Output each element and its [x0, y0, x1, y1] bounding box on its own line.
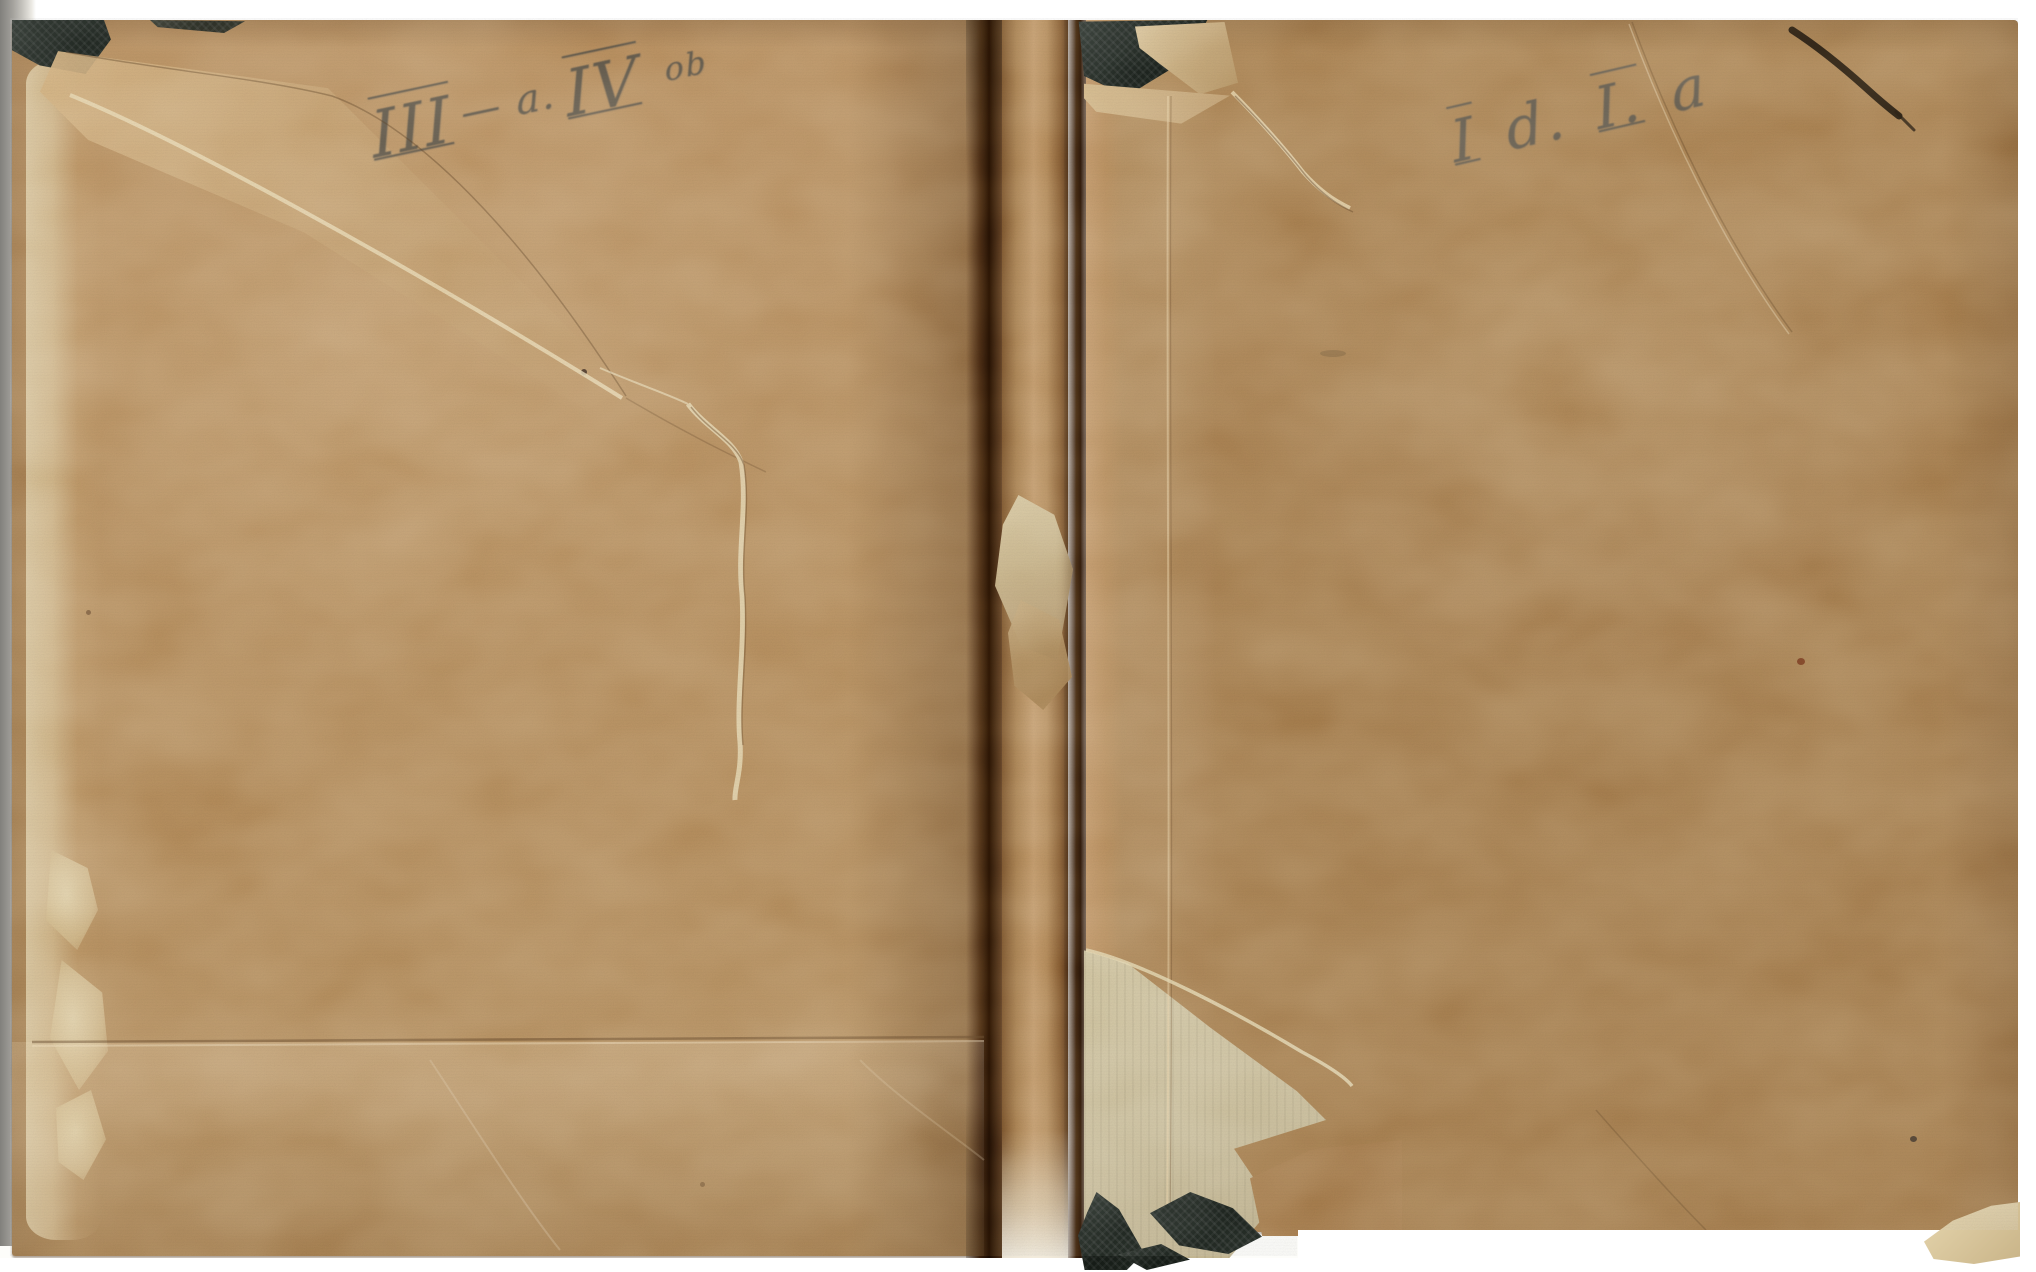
torn-edge-shadow: [1235, 96, 1353, 212]
torn-edge-highlight: [70, 95, 622, 398]
torn-edge-highlight: [1086, 950, 1352, 1086]
scan-margin-bottom-right: [1298, 1230, 2036, 1272]
crease-highlight: [1629, 24, 1789, 334]
crease-line: [1596, 1110, 1706, 1230]
fold-highlight: [1167, 96, 1169, 1230]
torn-edge-highlight: [1232, 92, 1350, 208]
paper-crack: [688, 404, 743, 800]
book-cover-scan: III— a.IVob Id.I.a: [0, 0, 2036, 1272]
ink-mark-tail: [1896, 112, 1914, 130]
surface-detail-lines: [0, 0, 2036, 1272]
ink-mark: [1792, 30, 1899, 116]
wrinkle-line: [430, 1060, 560, 1250]
scan-margin-right: [2018, 0, 2036, 1272]
wrinkle-line: [860, 1060, 984, 1160]
crease-line: [66, 52, 626, 396]
fold-line: [1170, 96, 1172, 1230]
crease-line: [626, 398, 766, 472]
crease-line: [1632, 22, 1792, 332]
paper-crack: [600, 368, 688, 404]
